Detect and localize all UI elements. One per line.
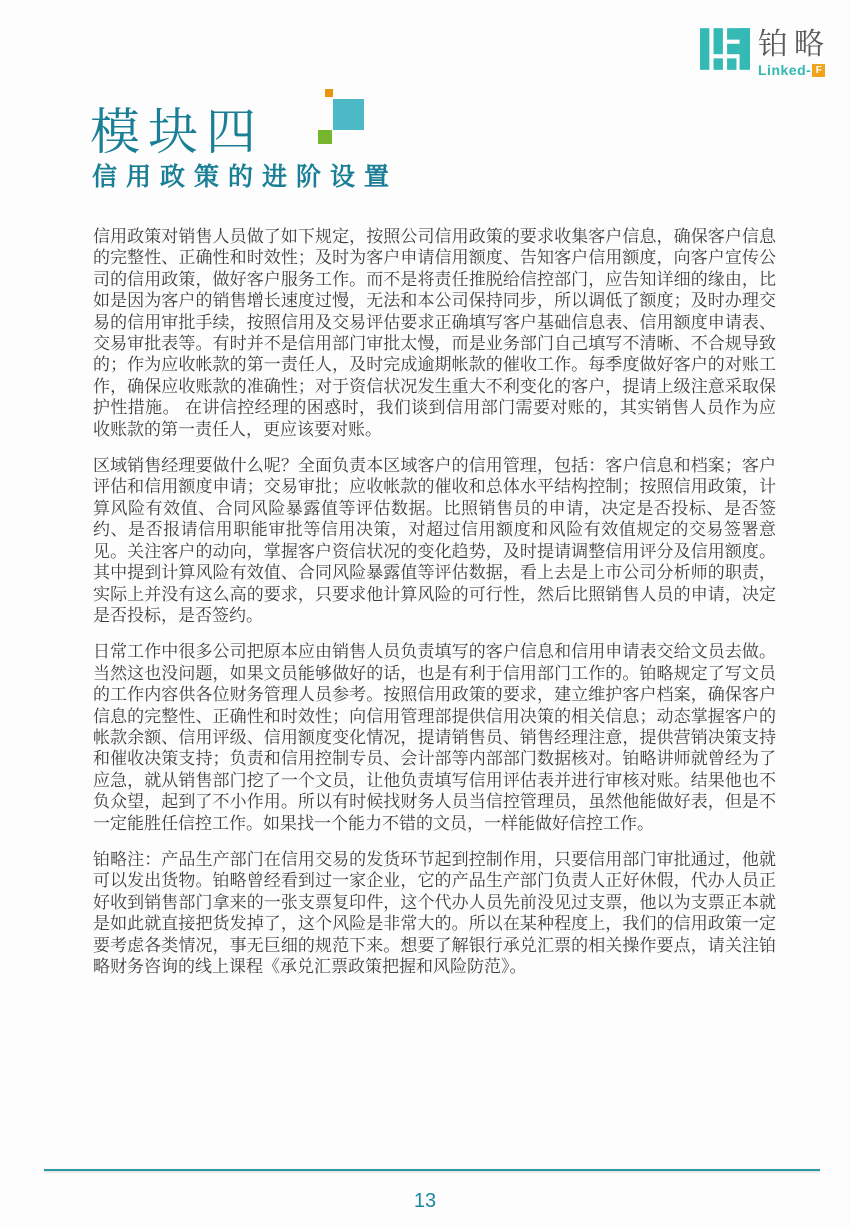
paragraph-2: 区域销售经理要做什么呢？全面负责本区域客户的信用管理，包括：客户信息和档案；客户… xyxy=(93,455,776,626)
body-text: 信用政策对销售人员做了如下规定，按照公司信用政策的要求收集客户信息，确保客户信息… xyxy=(93,226,776,992)
brand-logo-text: 铂略 Linked- F xyxy=(758,28,830,77)
deco-square-orange xyxy=(325,89,333,97)
module-title: 模块四 xyxy=(90,92,264,164)
paragraph-3: 日常工作中很多公司把原本应由销售人员负责填写的客户信息和信用申请表交给文员去做。… xyxy=(93,641,776,834)
paragraph-1: 信用政策对销售人员做了如下规定，按照公司信用政策的要求收集客户信息，确保客户信息… xyxy=(93,226,776,440)
module-subtitle: 信用政策的进阶设置 xyxy=(92,157,398,193)
brand-f-badge: F xyxy=(812,64,825,77)
deco-square-teal xyxy=(333,99,364,130)
page-number: 13 xyxy=(0,1190,850,1213)
deco-square-green xyxy=(318,130,332,144)
brand-name-en-text: Linked- xyxy=(758,63,811,77)
document-page: 铂略 Linked- F 模块四 信用政策的进阶设置 信用政策对销售人员做了如下… xyxy=(0,0,850,1228)
linked-f-mark-icon xyxy=(700,28,750,70)
brand-name-en: Linked- F xyxy=(758,63,825,77)
paragraph-4: 铂略注：产品生产部门在信用交易的发货环节起到控制作用，只要信用部门审批通过，他就… xyxy=(93,849,776,977)
brand-logo: 铂略 Linked- F xyxy=(700,28,830,77)
footer-rule xyxy=(44,1169,820,1171)
brand-name-cn: 铂略 xyxy=(758,30,830,60)
